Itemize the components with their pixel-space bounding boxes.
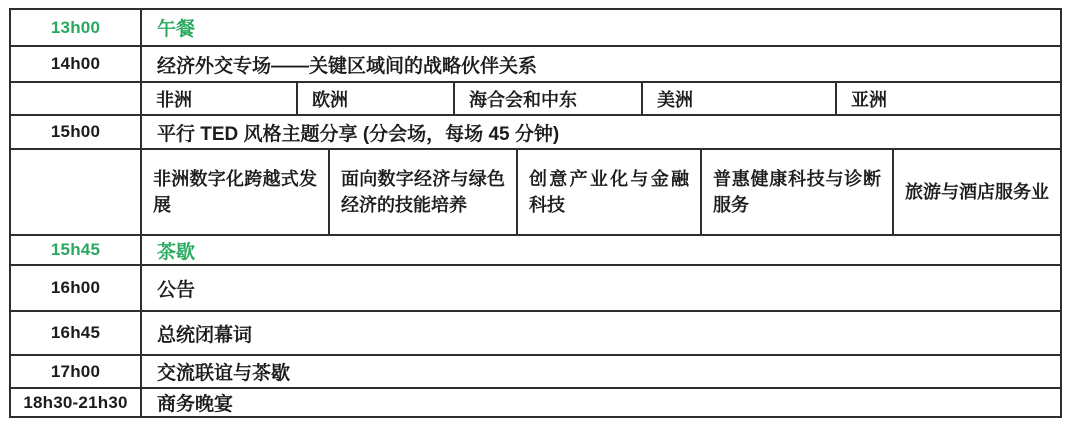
schedule-row-lunch: 13h00 午餐 (11, 10, 1060, 45)
schedule-row-tea-break: 15h45 茶歇 (11, 234, 1060, 264)
schedule-row-regions: 非洲 欧洲 海合会和中东 美洲 亚洲 (11, 81, 1060, 114)
region-cell: 美洲 (641, 83, 835, 114)
session-topic-text: 创意产业化与金融科技 (529, 166, 689, 218)
event-label: 商务晚宴 (140, 389, 1060, 416)
time-cell-empty (11, 83, 140, 114)
schedule-row-economic-diplomacy: 14h00 经济外交专场——关键区域间的战略伙伴关系 (11, 45, 1060, 81)
session-topic-text: 非洲数字化跨越式发展 (153, 166, 317, 218)
schedule-row-closing-speech: 16h45 总统闭幕词 (11, 310, 1060, 354)
event-label: 交流联谊与茶歇 (140, 356, 1060, 387)
session-topic-text: 旅游与酒店服务业 (905, 179, 1049, 205)
event-label: 茶歇 (140, 236, 1060, 264)
time-cell: 18h30-21h30 (11, 389, 140, 416)
event-label: 经济外交专场——关键区域间的战略伙伴关系 (140, 47, 1060, 81)
session-topic-cell: 面向数字经济与绿色经济的技能培养 (328, 150, 516, 234)
session-topic-text: 面向数字经济与绿色经济的技能培养 (341, 166, 505, 218)
time-cell: 14h00 (11, 47, 140, 81)
time-cell: 17h00 (11, 356, 140, 387)
time-cell: 15h00 (11, 116, 140, 148)
region-cell: 非洲 (140, 83, 296, 114)
session-topic-cell: 非洲数字化跨越式发展 (140, 150, 328, 234)
time-cell: 13h00 (11, 10, 140, 45)
time-cell-empty (11, 150, 140, 234)
time-cell: 16h45 (11, 312, 140, 354)
time-cell: 16h00 (11, 266, 140, 310)
schedule-row-ted-sessions: 15h00 平行 TED 风格主题分享 (分会场，每场 45 分钟) (11, 114, 1060, 148)
session-topic-cell: 普惠健康科技与诊断服务 (700, 150, 892, 234)
region-cell: 亚洲 (835, 83, 1060, 114)
event-label: 平行 TED 风格主题分享 (分会场，每场 45 分钟) (140, 116, 1060, 148)
event-label: 午餐 (140, 10, 1060, 45)
schedule-row-networking: 17h00 交流联谊与茶歇 (11, 354, 1060, 387)
schedule-row-business-dinner: 18h30-21h30 商务晚宴 (11, 387, 1060, 416)
session-topic-text: 普惠健康科技与诊断服务 (713, 166, 881, 218)
event-label: 公告 (140, 266, 1060, 310)
session-topic-cell: 创意产业化与金融科技 (516, 150, 700, 234)
conference-schedule-table: 13h00 午餐 14h00 经济外交专场——关键区域间的战略伙伴关系 非洲 欧… (9, 8, 1062, 418)
schedule-row-session-topics: 非洲数字化跨越式发展 面向数字经济与绿色经济的技能培养 创意产业化与金融科技 普… (11, 148, 1060, 234)
session-topic-cell: 旅游与酒店服务业 (892, 150, 1060, 234)
time-cell: 15h45 (11, 236, 140, 264)
region-cell: 海合会和中东 (453, 83, 641, 114)
schedule-row-announcements: 16h00 公告 (11, 264, 1060, 310)
region-cell: 欧洲 (296, 83, 453, 114)
event-label: 总统闭幕词 (140, 312, 1060, 354)
